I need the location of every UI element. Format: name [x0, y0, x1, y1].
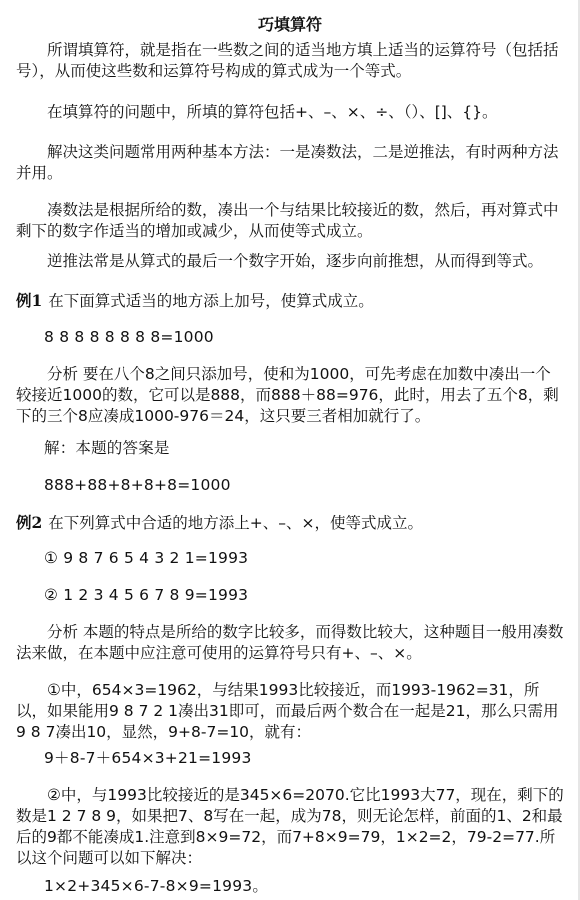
example1-label: 例1	[16, 291, 42, 310]
intro-paragraph-2: 在填算符的问题中，所填的算符包括+、–、×、÷、（）、[]、{}。	[16, 102, 564, 123]
example1-analysis: 分析 要在八个8之间只添加号，使和为1000，可先考虑在加数中凑出一个较接近10…	[16, 364, 564, 427]
example1-answer: 888+88+8+8+8=1000	[44, 475, 231, 496]
intro-paragraph-4: 凑数法是根据所给的数，凑出一个与结果比较接近的数，然后，再对算式中剩下的数字作适…	[16, 200, 564, 242]
example2-part2-explanation: ②中，与1993比较接近的是345×6=2070.它比1993大77，现在，剩下…	[16, 785, 564, 869]
example2-part1-explanation: ①中，654×3=1962，与结果1993比较接近，而1993-1962=31，…	[16, 680, 564, 743]
intro-paragraph-1: 所谓填算符，就是指在一些数之间的适当地方填上适当的运算符号（包括括号），从而使这…	[16, 40, 564, 82]
intro-paragraph-5: 逆推法常是从算式的最后一个数字开始，逐步向前推想，从而得到等式。	[16, 251, 564, 272]
example2-part1-answer: 9＋8-7＋654×3+21=1993	[44, 748, 252, 769]
intro-paragraph-3: 解决这类问题常用两种基本方法：一是凑数法，二是逆推法，有时两种方法并用。	[16, 142, 564, 184]
example1-problem: 8 8 8 8 8 8 8 8=1000	[44, 327, 214, 348]
example2-label: 例2	[16, 513, 42, 532]
example1-prompt: 在下面算式适当的地方添上加号，使算式成立。	[48, 292, 374, 310]
example1-heading: 例1在下面算式适当的地方添上加号，使算式成立。	[16, 290, 374, 312]
example2-prompt: 在下列算式中合适的地方添上+、–、×，使等式成立。	[48, 514, 423, 532]
example1-answer-intro: 解：本题的答案是	[44, 438, 170, 459]
example2-analysis: 分析 本题的特点是所给的数字比较多，而得数比较大，这种题目一般用凑数法来做，在本…	[16, 622, 564, 664]
example2-heading: 例2在下列算式中合适的地方添上+、–、×，使等式成立。	[16, 512, 423, 534]
page-title: 巧填算符	[16, 12, 564, 35]
example2-problem-2: ② 1 2 3 4 5 6 7 8 9=1993	[44, 585, 248, 606]
example2-part2-answer: 1×2+345×6-7-8×9=1993。	[44, 876, 268, 897]
example2-problem-1: ① 9 8 7 6 5 4 3 2 1=1993	[44, 548, 248, 569]
